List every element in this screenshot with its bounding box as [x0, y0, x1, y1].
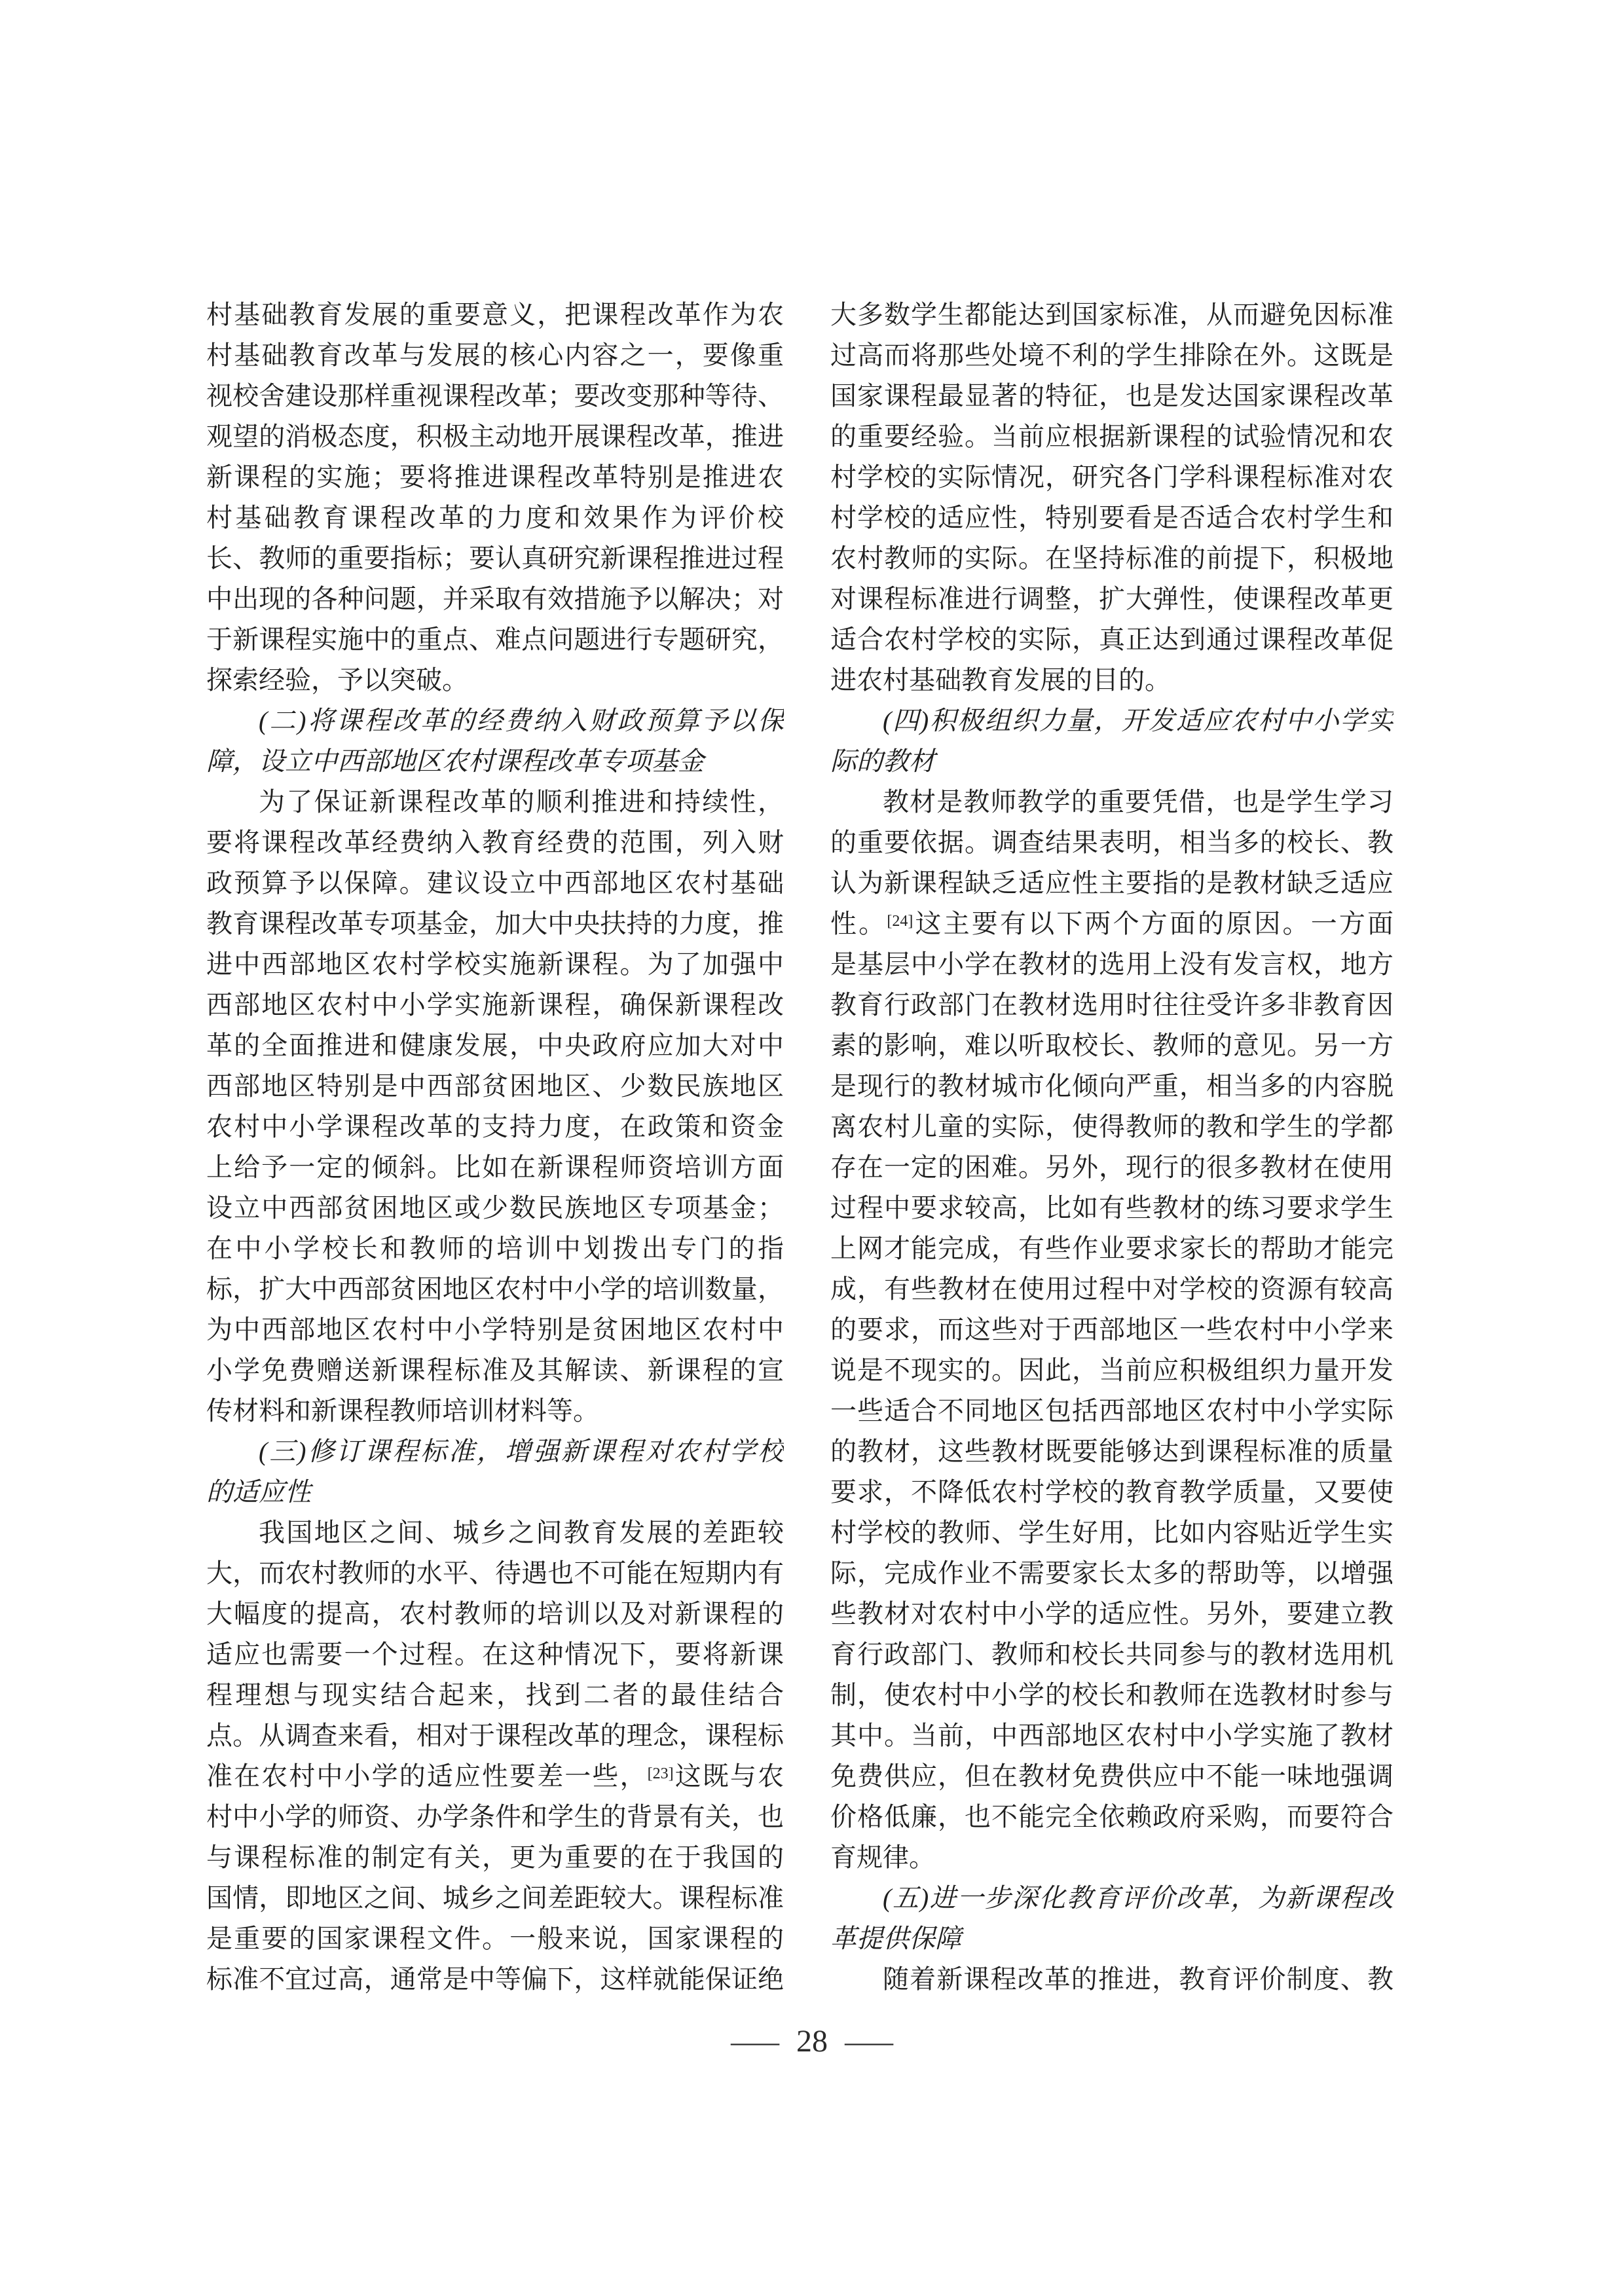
footnote-ref: [23] [648, 1765, 674, 1782]
body-text-line: 长、教师的重要指标；要认真研究新课程推进过程 [206, 538, 784, 579]
section-heading-line: (五)进一步深化教育评价改革，为新课程改 [830, 1878, 1393, 1919]
body-text-line: 村基础教育课程改革的力度和效果作为评价校 [206, 498, 784, 538]
body-text-line: 适合农村学校的实际，真正达到通过课程改革促 [830, 619, 1393, 660]
body-text-line: 标准不宜过高，通常是中等偏下，这样就能保证绝 [206, 1959, 784, 2000]
body-text-line: 设立中西部贫困地区或少数民族地区专项基金； [206, 1188, 784, 1228]
body-text-line: 存在一定的困难。另外，现行的很多教材在使用 [830, 1147, 1393, 1188]
body-text-line: 素的影响，难以听取校长、教师的意见。另一方面 [830, 1025, 1393, 1066]
body-text-line: 于新课程实施中的重点、难点问题进行专题研究， [206, 619, 784, 660]
body-text-line: 大多数学生都能达到国家标准，从而避免因标准 [830, 295, 1393, 335]
body-text-line: 际，完成作业不需要家长太多的帮助等，以增强这 [830, 1553, 1393, 1594]
body-text-line: 西部地区特别是中西部贫困地区、少数民族地区 [206, 1066, 784, 1107]
body-text-line: 为了保证新课程改革的顺利推进和持续性， [206, 782, 784, 822]
body-text-line: 说是不现实的。因此，当前应积极组织力量开发 [830, 1350, 1393, 1391]
body-text-line: 政预算予以保障。建议设立中西部地区农村基础 [206, 863, 784, 904]
page-number: 28 [796, 2023, 828, 2059]
body-text-line: 认为新课程缺乏适应性主要指的是教材缺乏适应 [830, 863, 1393, 904]
body-text-line: 农村教师的实际。在坚持标准的前提下，积极地 [830, 538, 1393, 579]
body-text-line: 的重要经验。当前应根据新课程的试验情况和农 [830, 416, 1393, 457]
body-text-line: 准在农村中小学的适应性要差一些，[23]这既与农 [206, 1756, 784, 1797]
body-text-line: 一些适合不同地区包括西部地区农村中小学实际 [830, 1391, 1393, 1431]
section-heading-line: 际的教材 [830, 741, 1393, 782]
section-heading-line: (四)积极组织力量，开发适应农村中小学实 [830, 701, 1393, 741]
body-text-line: 村学校的适应性，特别要看是否适合农村学生和 [830, 498, 1393, 538]
body-text-line: 成，有些教材在使用过程中对学校的资源有较高 [830, 1269, 1393, 1310]
section-heading-line: 障，设立中西部地区农村课程改革专项基金 [206, 741, 784, 782]
body-text-line: 教材是教师教学的重要凭借，也是学生学习 [830, 782, 1393, 822]
body-text-line: 传材料和新课程教师培训材料等。 [206, 1391, 784, 1431]
footer-dash-right: — [845, 2024, 893, 2059]
body-text-line: 为中西部地区农村中小学特别是贫困地区农村中 [206, 1310, 784, 1350]
section-heading-line: 革提供保障 [830, 1919, 1393, 1959]
body-text-line: 进中西部地区农村学校实施新课程。为了加强中 [206, 944, 784, 985]
body-text-line: 的要求，而这些对于西部地区一些农村中小学来 [830, 1310, 1393, 1350]
body-text-line: 育规律。 [830, 1837, 1393, 1878]
footer-dash-left: — [731, 2024, 779, 2059]
body-text-line: 我国地区之间、城乡之间教育发展的差距较 [206, 1513, 784, 1553]
column-right: 大多数学生都能达到国家标准，从而避免因标准过高而将那些处境不利的学生排除在外。这… [830, 295, 1393, 2000]
body-text-line: 大幅度的提高，农村教师的培训以及对新课程的 [206, 1594, 784, 1634]
body-text-line: 上网才能完成，有些作业要求家长的帮助才能完 [830, 1228, 1393, 1269]
body-text-line: 是重要的国家课程文件。一般来说，国家课程的 [206, 1919, 784, 1959]
body-text-line: 西部地区农村中小学实施新课程，确保新课程改 [206, 985, 784, 1025]
body-text-line: 探索经验，予以突破。 [206, 660, 784, 701]
body-text-line: 要将课程改革经费纳入教育经费的范围，列入财 [206, 822, 784, 863]
body-text-line: 与课程标准的制定有关，更为重要的在于我国的 [206, 1837, 784, 1878]
body-text-line: 的教材，这些教材既要能够达到课程标准的质量 [830, 1431, 1393, 1472]
section-heading-line: (二)将课程改革的经费纳入财政预算予以保 [206, 701, 784, 741]
document-page: 村基础教育发展的重要意义，把课程改革作为农村基础教育改革与发展的核心内容之一，要… [0, 0, 1624, 2295]
body-text-line: 村学校的实际情况，研究各门学科课程标准对农 [830, 457, 1393, 498]
body-text-line: 性。[24]这主要有以下两个方面的原因。一方面 [830, 904, 1393, 944]
body-text-line: 村学校的教师、学生好用，比如内容贴近学生实 [830, 1513, 1393, 1553]
body-text-line: 其中。当前，中西部地区农村中小学实施了教材 [830, 1716, 1393, 1756]
body-text-line: 点。从调查来看，相对于课程改革的理念，课程标 [206, 1716, 784, 1756]
body-text-line: 村基础教育改革与发展的核心内容之一，要像重 [206, 335, 784, 376]
body-text-line: 国家课程最显著的特征，也是发达国家课程改革 [830, 376, 1393, 416]
body-text-line: 的重要依据。调查结果表明，相当多的校长、教师 [830, 822, 1393, 863]
body-text-line: 是基层中小学在教材的选用上没有发言权，地方 [830, 944, 1393, 985]
body-text-line: 中出现的各种问题，并采取有效措施予以解决；对 [206, 579, 784, 619]
body-text-line: 随着新课程改革的推进，教育评价制度、教育 [830, 1959, 1393, 2000]
body-text-line: 程理想与现实结合起来，找到二者的最佳结合 [206, 1675, 784, 1716]
body-text-line: 标，扩大中西部贫困地区农村中小学的培训数量， [206, 1269, 784, 1310]
body-text-line: 进农村基础教育发展的目的。 [830, 660, 1393, 701]
body-text-line: 村基础教育发展的重要意义，把课程改革作为农 [206, 295, 784, 335]
body-text-line: 在中小学校长和教师的培训中划拨出专门的指 [206, 1228, 784, 1269]
body-text-line: 村中小学的师资、办学条件和学生的背景有关，也 [206, 1797, 784, 1837]
body-text-line: 是现行的教材城市化倾向严重，相当多的内容脱 [830, 1066, 1393, 1107]
body-text-line: 些教材对农村中小学的适应性。另外，要建立教 [830, 1594, 1393, 1634]
body-text-line: 适应也需要一个过程。在这种情况下，要将新课 [206, 1634, 784, 1675]
body-text-line: 上给予一定的倾斜。比如在新课程师资培训方面 [206, 1147, 784, 1188]
column-left: 村基础教育发展的重要意义，把课程改革作为农村基础教育改革与发展的核心内容之一，要… [206, 295, 784, 2000]
page-footer: —28— [0, 2023, 1624, 2059]
section-heading-line: 的适应性 [206, 1472, 784, 1513]
body-text-line: 过高而将那些处境不利的学生排除在外。这既是 [830, 335, 1393, 376]
body-text-line: 对课程标准进行调整，扩大弹性，使课程改革更加 [830, 579, 1393, 619]
section-heading-line: (三)修订课程标准，增强新课程对农村学校 [206, 1431, 784, 1472]
body-text-line: 制，使农村中小学的校长和教师在选教材时参与 [830, 1675, 1393, 1716]
body-text-line: 免费供应，但在教材免费供应中不能一味地强调 [830, 1756, 1393, 1797]
body-text-line: 过程中要求较高，比如有些教材的练习要求学生 [830, 1188, 1393, 1228]
body-text-line: 国情，即地区之间、城乡之间差距较大。课程标准 [206, 1878, 784, 1919]
body-text-line: 大，而农村教师的水平、待遇也不可能在短期内有 [206, 1553, 784, 1594]
body-text-line: 教育课程改革专项基金，加大中央扶持的力度，推 [206, 904, 784, 944]
body-text-line: 育行政部门、教师和校长共同参与的教材选用机 [830, 1634, 1393, 1675]
body-text-line: 价格低廉，也不能完全依赖政府采购，而要符合教 [830, 1797, 1393, 1837]
footnote-ref: [24] [887, 913, 913, 930]
body-text-line: 革的全面推进和健康发展，中央政府应加大对中 [206, 1025, 784, 1066]
body-text-line: 新课程的实施；要将推进课程改革特别是推进农 [206, 457, 784, 498]
body-text-line: 要求，不降低农村学校的教育教学质量，又要使农 [830, 1472, 1393, 1513]
body-text-line: 小学免费赠送新课程标准及其解读、新课程的宣 [206, 1350, 784, 1391]
body-text-line: 农村中小学课程改革的支持力度，在政策和资金 [206, 1107, 784, 1147]
body-text-line: 教育行政部门在教材选用时往往受许多非教育因 [830, 985, 1393, 1025]
body-text-line: 离农村儿童的实际，使得教师的教和学生的学都 [830, 1107, 1393, 1147]
body-text-line: 观望的消极态度，积极主动地开展课程改革，推进 [206, 416, 784, 457]
body-text-line: 视校舍建设那样重视课程改革；要改变那种等待、 [206, 376, 784, 416]
